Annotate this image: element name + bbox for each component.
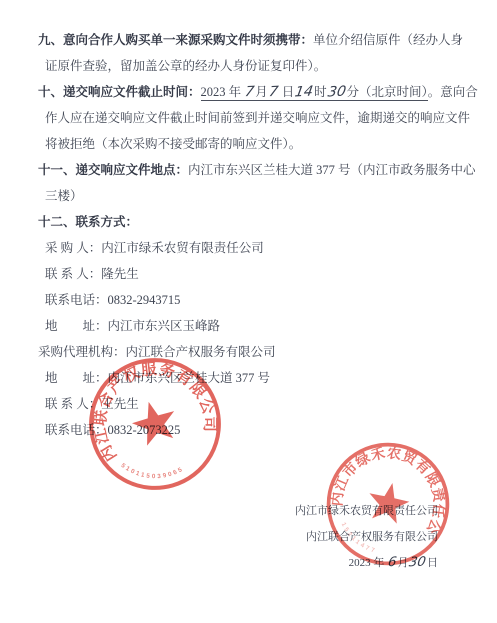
contact-row-phone: 联系电话：0832-2943715 [38, 287, 470, 313]
contact-label: 联系电话： [45, 423, 108, 437]
contact-value: 0832-2943715 [108, 293, 181, 307]
document-body: 九、意向合作人购买单一来源采购文件时须携带：单位介绍信原件（经办人身 证原件查验… [38, 27, 470, 443]
contact-label: 采 购 人： [45, 241, 101, 255]
section-12-heading-line: 十二、联系方式： [38, 209, 470, 235]
section-11-heading: 十一、递交响应文件地点： [38, 163, 188, 177]
seal-serial-number: 510115039065 [118, 446, 186, 490]
deadline-hour-handwritten: 14 [292, 78, 316, 105]
signature-company-purchaser: 内江市绿禾农贸有限责任公司 [295, 498, 438, 524]
section-11-text: 内江市东兴区兰桂大道 377 号（内江市政务服务中心 [188, 163, 476, 177]
contact-row-address: 地 址：内江市东兴区玉峰路 [38, 313, 470, 339]
section-10-heading: 十、递交响应文件截止时间： [38, 85, 201, 99]
deadline-year: 2023 年 [201, 85, 245, 99]
section-10-line-2: 作人应在递交响应文件截止时间前签到并递交响应文件，逾期递交的响应文件 [38, 105, 470, 131]
contact-row-contact-person: 联 系 人：隆先生 [38, 261, 470, 287]
deadline-minute-handwritten: 30 [324, 78, 348, 105]
signature-day-handwritten: 30 [406, 550, 429, 577]
signature-company-agency: 内江联合产权服务有限公司 [295, 524, 438, 550]
contact-value: 内江市绿禾农贸有限责任公司 [101, 241, 264, 255]
signature-day-unit: 日 [427, 557, 438, 569]
contact-label: 采购代理机构： [38, 345, 126, 359]
contact-label: 联 系 人： [45, 397, 101, 411]
section-9-line-1: 九、意向合作人购买单一来源采购文件时须携带：单位介绍信原件（经办人身 [38, 27, 470, 53]
contact-row-agency-phone: 联系电话：0832-2073225 [38, 417, 470, 443]
section-10-line-3: 将被拒绝（本次采购不接受邮寄的响应文件）。 [38, 131, 470, 157]
contact-value: 内江市东兴区兰桂大道 377 号 [108, 371, 271, 385]
signature-date-year: 2023 年 [349, 557, 388, 569]
section-9-text: 单位介绍信原件（经办人身 [313, 33, 463, 47]
section-10-tail: 。意向合 [428, 85, 478, 99]
deadline-month-unit: 月 [255, 85, 268, 99]
deadline-minute-unit: 分（北京时间） [346, 85, 427, 99]
contact-value: 内江联合产权服务有限公司 [126, 345, 276, 359]
section-10-line-1: 十、递交响应文件截止时间：2023 年 7月7 日14时30分（北京时间）。意向… [38, 79, 470, 105]
contact-row-purchaser: 采 购 人：内江市绿禾农贸有限责任公司 [38, 235, 470, 261]
contact-value: 王先生 [101, 397, 139, 411]
signature-date: 2023 年 6月30日 [295, 550, 438, 576]
contact-row-agency-address: 地 址：内江市东兴区兰桂大道 377 号 [38, 365, 470, 391]
document-page: { "page": { "background": "#ffffff", "te… [0, 0, 497, 623]
signature-block: 内江市绿禾农贸有限责任公司 内江联合产权服务有限公司 2023 年 6月30日 [295, 498, 438, 576]
section-12-heading: 十二、联系方式： [38, 215, 138, 229]
section-9-line-2: 证原件查验，留加盖公章的经办人身份证复印件）。 [38, 53, 470, 79]
section-9-heading: 九、意向合作人购买单一来源采购文件时须携带： [38, 33, 313, 47]
contact-value: 内江市东兴区玉峰路 [108, 319, 221, 333]
contact-row-agency: 采购代理机构：内江联合产权服务有限公司 [38, 339, 470, 365]
contact-label: 地 址： [45, 319, 108, 333]
deadline-underlined: 2023 年 7月7 日14时30分（北京时间） [201, 85, 428, 101]
contact-label: 联 系 人： [45, 267, 101, 281]
section-11-line-1: 十一、递交响应文件地点：内江市东兴区兰桂大道 377 号（内江市政务服务中心 [38, 157, 470, 183]
section-11-line-2: 三楼） [38, 183, 470, 209]
deadline-day-handwritten: 7 [266, 79, 281, 106]
contact-label: 地 址： [45, 371, 108, 385]
contact-value: 0832-2073225 [108, 423, 181, 437]
contact-label: 联系电话： [45, 293, 108, 307]
contact-row-agency-person: 联 系 人：王先生 [38, 391, 470, 417]
deadline-day-unit: 日 [279, 85, 295, 99]
contact-value: 隆先生 [101, 267, 139, 281]
deadline-hour-unit: 时 [314, 85, 327, 99]
